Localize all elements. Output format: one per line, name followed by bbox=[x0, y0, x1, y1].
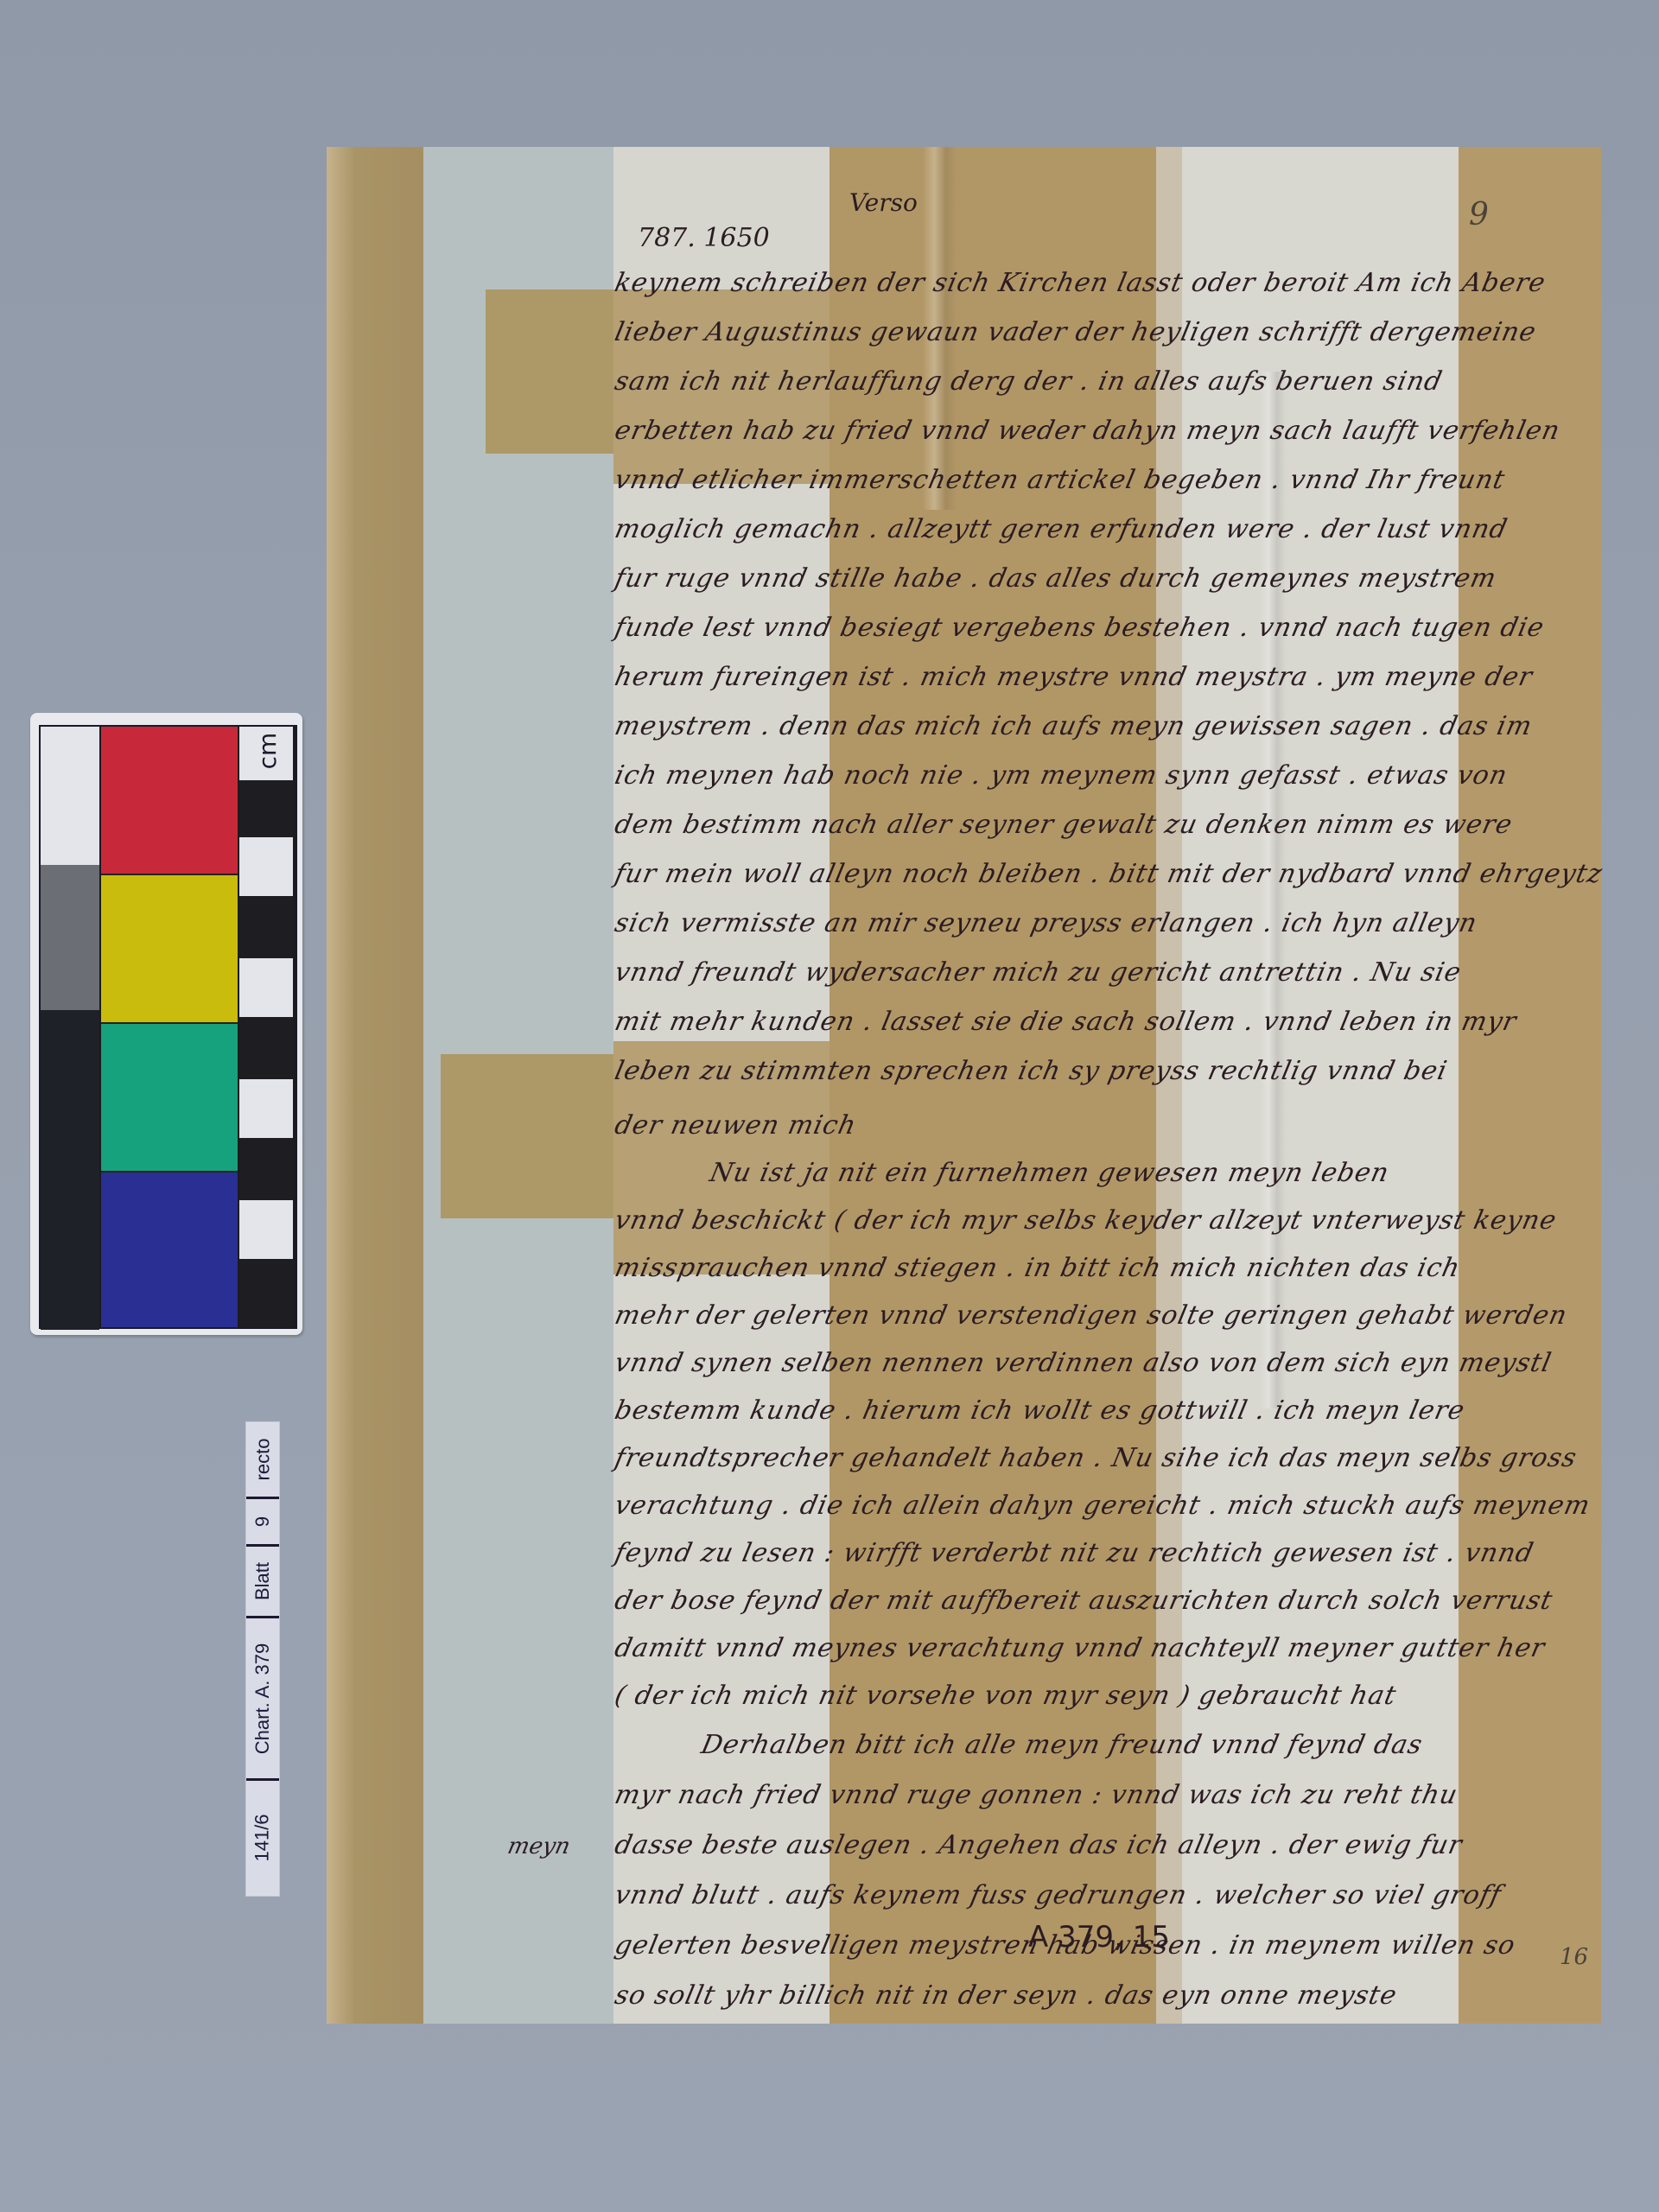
repair-patch-middle bbox=[441, 1054, 613, 1218]
text-line: mehr der gelerten vnnd verstendigen solt… bbox=[612, 1300, 1570, 1331]
text-line: vnnd beschickt ( der ich myr selbs keyde… bbox=[612, 1205, 1560, 1236]
folio-number: 9 bbox=[1469, 197, 1489, 232]
text-line: meystrem . denn das mich ich aufs meyn g… bbox=[612, 711, 1535, 741]
cm-unit-label: cm bbox=[251, 726, 285, 776]
color-patch-red bbox=[101, 727, 238, 875]
scale-tick bbox=[239, 837, 293, 896]
repair-patch-top bbox=[486, 289, 613, 454]
scale-tick bbox=[239, 958, 293, 1017]
text-line: dem bestimm nach aller seyner gewalt zu … bbox=[612, 810, 1515, 840]
archive-signature: A 379, 15 bbox=[1028, 1920, 1170, 1955]
shelf-cell-blatt: Blatt bbox=[246, 1547, 279, 1618]
text-line: freundtsprecher gehandelt haben . Nu sih… bbox=[612, 1443, 1580, 1473]
text-line: feynd zu lesen : wirfft verderbt nit zu … bbox=[612, 1538, 1536, 1568]
color-patch-yellow bbox=[101, 875, 238, 1024]
text-line: sam ich nit herlauffung derg der . in al… bbox=[612, 366, 1445, 397]
color-patch-column bbox=[101, 727, 238, 1327]
text-line: verachtung . die ich allein dahyn gereic… bbox=[612, 1491, 1593, 1521]
color-card-frame: cm bbox=[39, 725, 297, 1329]
pencil-page-number: 16 bbox=[1560, 1944, 1588, 1970]
text-line: lieber Augustinus gewaun vader der heyli… bbox=[612, 317, 1539, 347]
gray-patch-mid bbox=[41, 865, 99, 1010]
shelf-cell-recto: recto bbox=[246, 1422, 279, 1499]
paper-strip-left-tan bbox=[327, 147, 423, 2024]
text-line: fur ruge vnnd stille habe . das alles du… bbox=[612, 563, 1499, 594]
text-line: dasse beste auslegen . Angehen das ich a… bbox=[612, 1830, 1465, 1860]
color-patch-blue bbox=[101, 1173, 238, 1327]
shelf-cell-chart: Chart. A. 379 bbox=[246, 1618, 279, 1781]
grayscale-column bbox=[41, 727, 99, 1327]
text-line: erbetten hab zu fried vnnd weder dahyn m… bbox=[612, 416, 1563, 446]
text-line: funde lest vnnd besiegt vergebens besteh… bbox=[612, 613, 1547, 643]
text-line: moglich gemachn . allzeytt geren erfunde… bbox=[612, 514, 1510, 544]
shelf-cell-number: 141/6 bbox=[246, 1781, 279, 1894]
text-line: vnnd synen selben nennen verdinnen also … bbox=[612, 1348, 1554, 1378]
text-line: missprauchen vnnd stiegen . in bitt ich … bbox=[612, 1253, 1463, 1283]
text-line: so sollt yhr billich nit in der seyn . d… bbox=[612, 1980, 1400, 2011]
text-line: myr nach fried vnnd ruge gonnen : vnnd w… bbox=[612, 1780, 1460, 1810]
text-line: bestemm kunde . hierum ich wollt es gott… bbox=[612, 1395, 1467, 1426]
side-text: recto bbox=[251, 1439, 274, 1481]
folio-number-text: 9 bbox=[251, 1516, 274, 1527]
margin-fragment-text: meyn bbox=[505, 1834, 573, 1859]
text-line: Nu ist ja nit ein furnehmen gewesen meyn… bbox=[707, 1158, 1392, 1188]
text-line: keynem schreiben der sich Kirchen lasst … bbox=[612, 268, 1548, 298]
text-line: vnnd blutt . aufs keynem fuss gedrungen … bbox=[612, 1880, 1504, 1910]
gray-patch-black bbox=[41, 1010, 99, 1330]
manuscript-sheet: 787. 1650 Verso 9 keynem schreiben der s… bbox=[327, 147, 1601, 2024]
text-line: fur mein woll alleyn noch bleiben . bitt… bbox=[612, 859, 1605, 889]
text-line: Derhalben bitt ich alle meyn freund vnnd… bbox=[698, 1730, 1426, 1760]
cm-scale-bar bbox=[239, 727, 294, 1327]
text-line: vnnd freundt wydersacher mich zu gericht… bbox=[612, 957, 1464, 988]
text-line: der neuwen mich bbox=[612, 1110, 859, 1141]
collection-text: Chart. A. 379 bbox=[251, 1643, 274, 1753]
text-line: leben zu stimmten sprechen ich sy preyss… bbox=[612, 1056, 1450, 1086]
shelfmark-label: recto 9 Blatt Chart. A. 379 141/6 bbox=[245, 1421, 280, 1897]
text-line: ( der ich mich nit vorsehe von myr seyn … bbox=[612, 1681, 1399, 1711]
text-line: vnnd etlicher immerschetten artickel beg… bbox=[612, 465, 1508, 495]
text-line: ich meynen hab noch nie . ym meynem synn… bbox=[612, 760, 1510, 791]
header-note: Verso bbox=[849, 188, 918, 217]
text-line: der bose feynd der mit auffbereit auszur… bbox=[612, 1586, 1555, 1616]
text-line: herum fureingen ist . mich meystre vnnd … bbox=[612, 662, 1535, 692]
archival-number-note: 787. 1650 bbox=[638, 223, 770, 253]
text-line: mit mehr kunden . lasset sie die sach so… bbox=[612, 1007, 1519, 1037]
color-patch-green bbox=[101, 1024, 238, 1173]
text-line: sich vermisste an mir seyneu preyss erla… bbox=[612, 908, 1480, 938]
text-line: damitt vnnd meynes verachtung vnnd nacht… bbox=[612, 1633, 1548, 1663]
gray-patch-white bbox=[41, 727, 99, 865]
inventory-number-text: 141/6 bbox=[251, 1814, 274, 1861]
scale-tick bbox=[239, 1200, 293, 1259]
scale-tick bbox=[239, 1079, 293, 1138]
color-calibration-card: cm bbox=[30, 713, 302, 1335]
blatt-text: Blatt bbox=[251, 1562, 274, 1600]
shelf-cell-folio: 9 bbox=[246, 1499, 279, 1547]
